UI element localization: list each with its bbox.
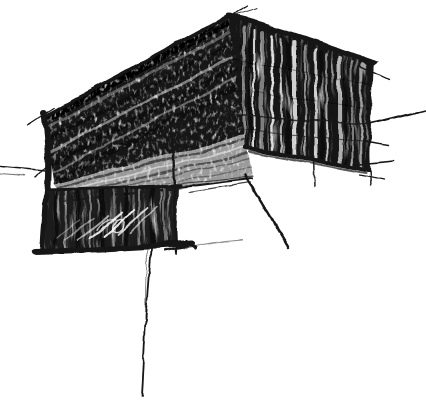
sketch-canvas [0, 0, 426, 400]
charcoal-sketch-svg [0, 0, 426, 400]
